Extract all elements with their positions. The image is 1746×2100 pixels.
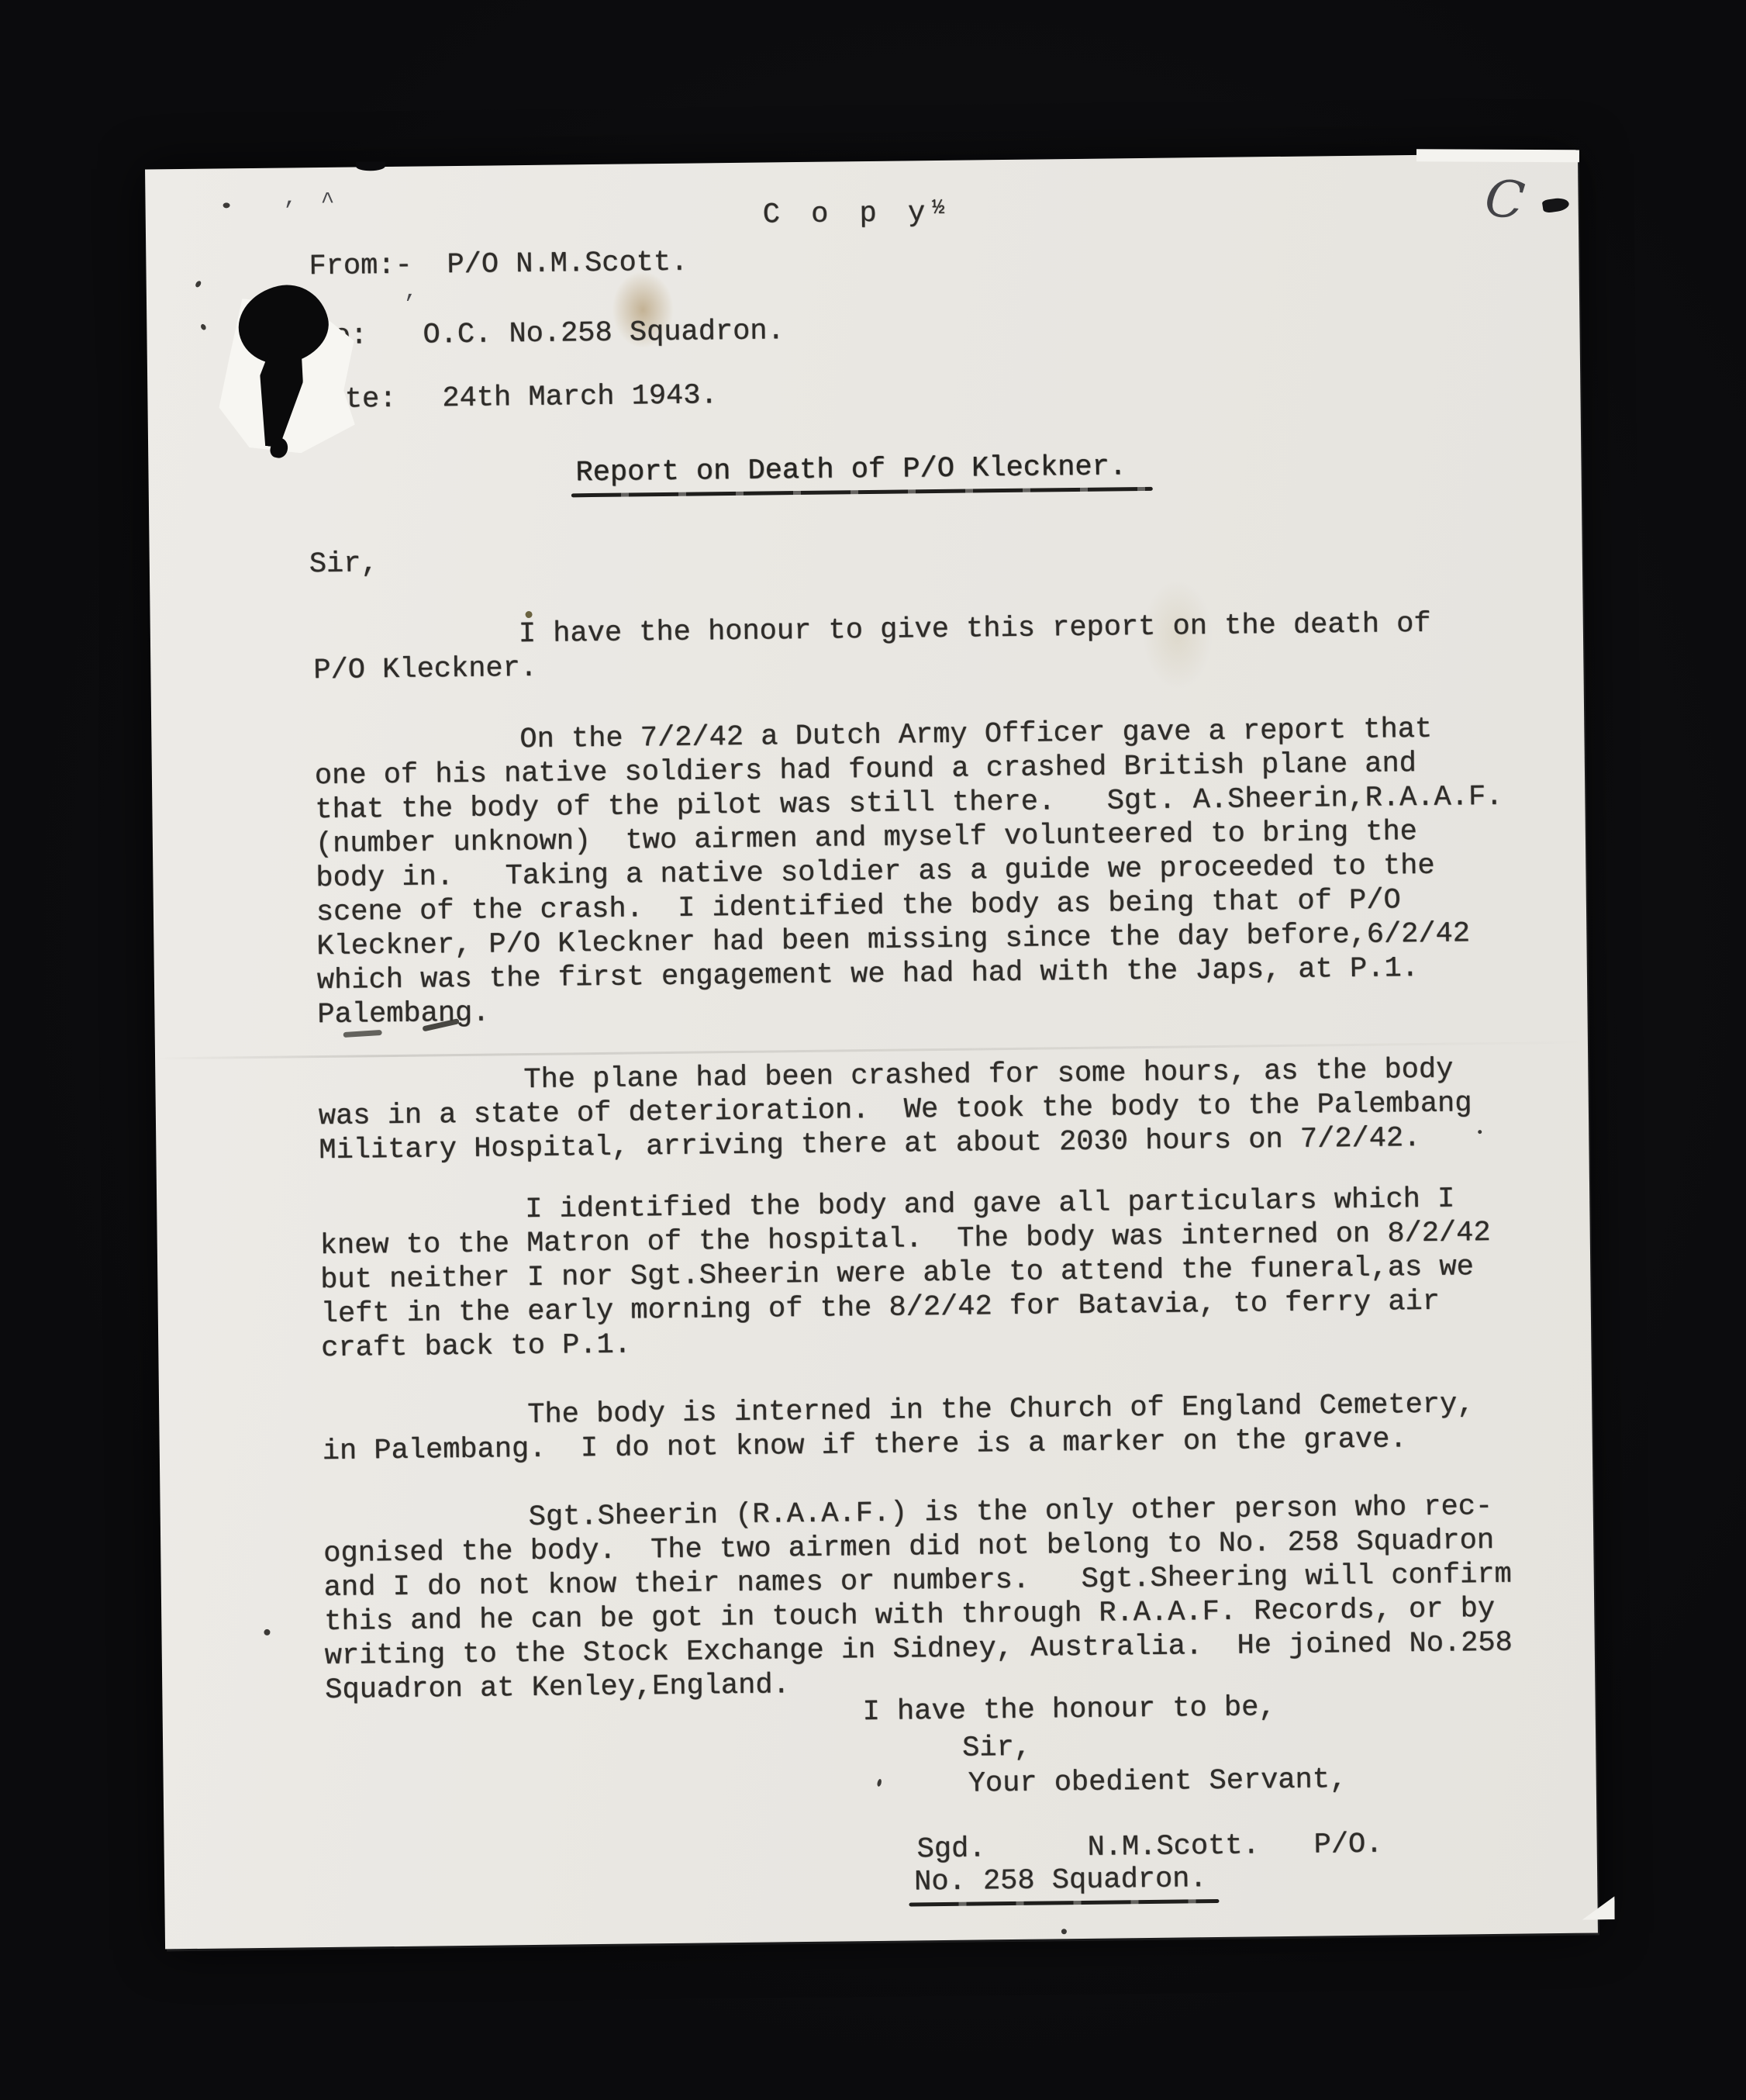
paragraph: The body is interned in the Church of En… xyxy=(322,1387,1548,1469)
document-title: Report on Death of P/O Kleckner. xyxy=(575,450,1127,490)
copy-label: C o p y xyxy=(763,197,933,231)
torn-corner-notch xyxy=(1582,1896,1614,1919)
signature-sgd: Sgd. xyxy=(916,1832,985,1867)
closing-line-2: Sir, xyxy=(962,1731,1031,1766)
from-value: P/O N.M.Scott. xyxy=(447,246,688,283)
signature-name: N.M.Scott. xyxy=(1087,1829,1260,1865)
paper-speck xyxy=(526,611,533,618)
salutation: Sir, xyxy=(309,547,378,582)
paper-speck xyxy=(200,323,207,331)
handwritten-annotation: C xyxy=(1482,168,1527,231)
scan-background: C o p y½ From:- P/O N.M.Scott. To: O.C. … xyxy=(0,0,1746,2100)
ink-smudge xyxy=(1542,196,1570,213)
unit-underline xyxy=(909,1899,1219,1907)
paper-speck xyxy=(264,1629,270,1635)
signature-rank: P/O. xyxy=(1313,1828,1382,1863)
paragraph: I have the honour to give this report on… xyxy=(313,606,1539,688)
paper-speck xyxy=(1061,1929,1067,1934)
date-value: 24th March 1943. xyxy=(442,378,718,416)
to-value: O.C. No.258 Squadron. xyxy=(423,314,785,352)
paragraph: Sgt.Sheerin (R.A.A.F.) is the only other… xyxy=(323,1489,1551,1708)
edge-nick xyxy=(356,161,385,171)
document-page: C o p y½ From:- P/O N.M.Scott. To: O.C. … xyxy=(145,154,1598,1950)
closing-line-3: Your obedient Servant, xyxy=(968,1763,1347,1801)
tick-mark: ’ xyxy=(402,292,416,319)
torn-edge-sliver xyxy=(1416,149,1579,162)
closing-line-1: I have the honour to be, xyxy=(862,1691,1275,1729)
paragraph: I identified the body and gave all parti… xyxy=(319,1181,1546,1366)
paper-speck xyxy=(877,1778,882,1787)
paragraph: On the 7/2/42 a Dutch Army Officer gave … xyxy=(314,711,1542,1032)
caret-mark: ^ xyxy=(320,189,334,216)
tick-mark: ’ xyxy=(281,199,295,225)
ink-blot xyxy=(224,275,366,455)
copy-fraction: ½ xyxy=(932,197,945,220)
paper-speck xyxy=(223,202,230,208)
copy-heading: C o p y½ xyxy=(762,192,944,233)
paragraph: The plane had been crashed for some hour… xyxy=(318,1052,1544,1168)
paper-speck xyxy=(195,280,202,288)
signature-unit: No. 258 Squadron. xyxy=(914,1862,1207,1899)
paper-speck xyxy=(1478,1130,1482,1134)
